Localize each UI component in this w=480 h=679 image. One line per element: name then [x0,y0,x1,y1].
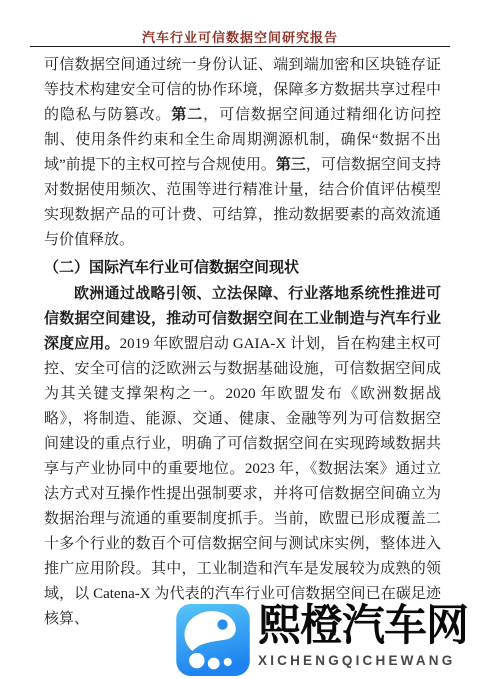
site-name: 熙橙汽车网 [258,604,468,650]
site-romanization: XICHENGQICHEWANG [258,653,468,668]
header-divider [30,46,450,47]
watermark-text-block: 熙橙汽车网 XICHENGQICHEWANG [258,604,468,668]
site-watermark: 熙橙汽车网 XICHENGQICHEWANG [176,604,468,676]
document-body: 可信数据空间通过统一身份认证、端到端加密和区块链存证等技术构建安全可信的协作环境… [44,53,441,632]
paragraph-2: 欧洲通过战略引领、立法保障、行业落地系统性推进可信数据空间建设，推动可信数据空间… [44,282,441,632]
fish-logo-icon [176,604,250,676]
text-segment: 2019 年欧盟启动 GAIA-X 计划，旨在构建主权可控、安全可信的泛欧洲云与… [44,336,441,627]
emphasis-second: 第二 [171,107,203,123]
document-page: 汽车行业可信数据空间研究报告 可信数据空间通过统一身份认证、端到端加密和区块链存… [0,0,480,679]
paragraph-1: 可信数据空间通过统一身份认证、端到端加密和区块链存证等技术构建安全可信的协作环境… [44,53,441,253]
report-title: 汽车行业可信数据空间研究报告 [0,27,480,46]
emphasis-third: 第三 [276,157,306,173]
section-heading: （二）国际汽车行业可信数据空间现状 [44,255,441,280]
